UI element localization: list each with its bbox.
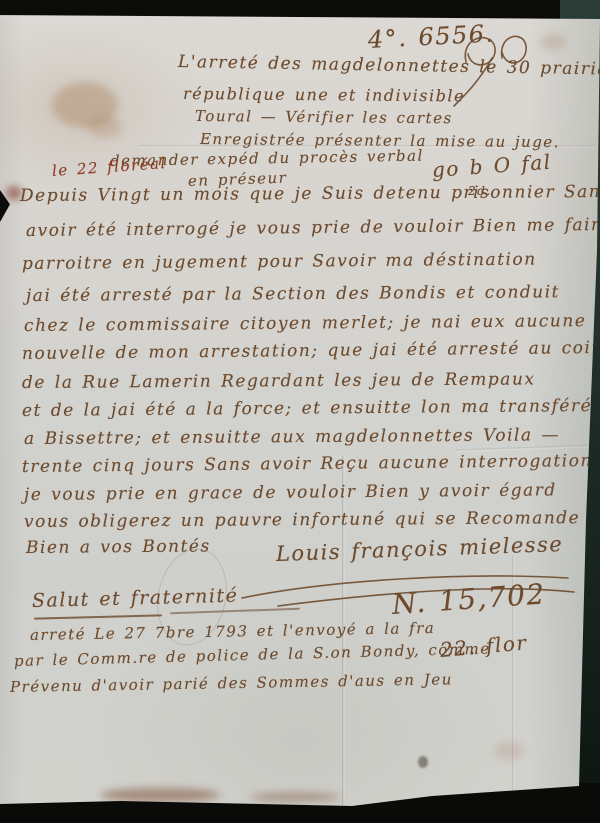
letter-photograph: 4°. 6556. L'arreté des magdelonnettes le… — [0, 0, 600, 823]
manuscript-line: Bien a vos Bontés — [26, 536, 211, 558]
manuscript-line: a Bissettre; et ensuitte aux magdelonnet… — [24, 425, 560, 449]
manuscript-line: L'arreté des magdelonnettes le 30 prairi… — [178, 52, 600, 80]
manuscript-line: je vous prie en grace de vouloir Bien y … — [24, 480, 557, 505]
clerk-note-line: arreté Le 27 7bre 1793 et l'envoyé a la … — [30, 619, 436, 644]
stain — [250, 792, 340, 802]
manuscript-line: de la Rue Lamerin Regardant les jeu de R… — [22, 369, 536, 393]
stain — [418, 756, 428, 768]
manuscript-line: nouvelle de mon arrestation; que jai été… — [22, 338, 600, 364]
manuscript-line: jai été arresté par la Section des Bondi… — [26, 282, 560, 306]
manuscript-line: Depuis Vingt un mois que je Suis detenu … — [20, 182, 600, 206]
manuscript-line: Toural — Vérifier les cartes — [195, 107, 453, 127]
date-annotation: le 22 floréal — [51, 154, 167, 180]
manuscript-line: parroitre en jugement pour Savoir ma dés… — [22, 250, 537, 274]
clerk-annotation: go b O fal — [431, 150, 552, 182]
registry-date: 22. flor — [439, 630, 528, 662]
salutation-underline — [170, 608, 300, 615]
paper-edge-notch — [0, 190, 10, 222]
clerk-note-line: par le Comm.re de police de la S.on Bond… — [14, 640, 491, 670]
clerk-note-line: Prévenu d'avoir parié des Sommes d'aus e… — [10, 670, 453, 696]
salutation-underline — [34, 614, 162, 619]
stain — [100, 788, 220, 802]
fold-crease — [0, 15, 600, 18]
letter-paper: 4°. 6556. L'arreté des magdelonnettes le… — [0, 0, 600, 823]
manuscript-line: vous obligerez un pauvre infortuné qui s… — [24, 508, 580, 532]
manuscript-line: avoir été interrogé je vous prie de voul… — [26, 215, 600, 241]
stain — [52, 82, 118, 128]
manuscript-line: trente cinq jours Sans avoir Reçu aucune… — [22, 451, 593, 477]
salutation: Salut et fraternité — [32, 585, 239, 612]
stain — [88, 116, 122, 138]
stain — [494, 742, 524, 760]
manuscript-line: république une et indivisible — [183, 84, 465, 105]
manuscript-line: chez le commissaire citoyen merlet; je n… — [24, 311, 587, 336]
manuscript-line: et de la jai été a la force; et ensuitte… — [22, 396, 592, 421]
signature: Louis françois mielesse — [276, 532, 564, 566]
stain — [540, 34, 566, 50]
